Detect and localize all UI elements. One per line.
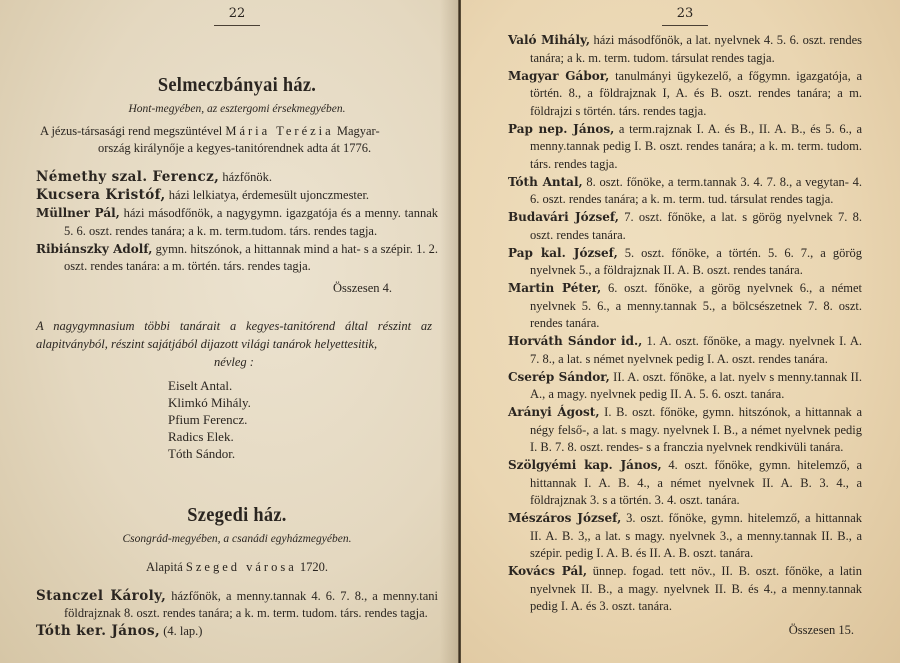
member-name: Pap nep. János,	[508, 122, 614, 136]
member-name: Arányi Ágost,	[508, 405, 600, 419]
member-entry: Müllner Pál, házi másodfőnök, a nagygymn…	[36, 205, 438, 240]
member-entry: Horváth Sándor id., 1. A. oszt. főnöke, …	[508, 333, 862, 368]
member-list-szeged: Stanczel Károly, házfőnök, a menny.tanna…	[36, 588, 438, 641]
house-subtitle-selmeczbanya: Hont-megyében, az esztergomi érsekmegyéb…	[36, 101, 438, 117]
founding-text: 1720.	[297, 560, 328, 574]
founding-text: ország királynője a kegyes-tanitórendnek…	[36, 140, 438, 157]
member-name: Való Mihály,	[508, 33, 590, 47]
member-list-selmeczbanya: Némethy szal. Ferencz, házfőnök. Kucsera…	[36, 169, 438, 276]
member-entry: Arányi Ágost, I. B. oszt. főnöke, gymn. …	[508, 404, 862, 457]
founding-text: A jézus-társasági rend megszüntével	[36, 124, 225, 138]
member-name: Némethy szal. Ferencz,	[36, 169, 219, 185]
member-name: Budavári József,	[508, 210, 619, 224]
member-name: Pap kal. József,	[508, 246, 618, 260]
member-entry: Mészáros József, 3. oszt. főnöke, gymn. …	[508, 510, 862, 563]
page-number-right: 23	[508, 0, 862, 22]
house-title-szeged: Szegedi ház.	[52, 502, 422, 528]
lay-teacher-list: Eiselt Antal. Klimkó Mihály. Pfium Feren…	[168, 377, 438, 462]
member-entry: Ribiánszky Adolf, gymn. hitszónok, a hit…	[36, 241, 438, 276]
member-name: Magyar Gábor,	[508, 69, 609, 83]
lay-teacher-name: Tóth Sándor.	[168, 445, 438, 462]
page-number-rule	[214, 25, 260, 26]
member-description: házfőnök.	[219, 170, 272, 184]
member-description: házi lelkiatya, érdemesült ujonczmester.	[166, 188, 369, 202]
member-name: Ribiánszky Adolf,	[36, 242, 152, 256]
lay-teachers-note: A nagygymnasium többi tanárait a kegyes-…	[36, 317, 438, 371]
founding-text: Magyar-	[334, 124, 380, 138]
member-entry: Cserép Sándor, II. A. oszt. főnöke, a la…	[508, 369, 862, 404]
member-name: Müllner Pál,	[36, 206, 120, 220]
founding-spaced-name: Szeged városa	[186, 560, 297, 574]
founding-text: Alapitá	[146, 560, 186, 574]
member-entry: Való Mihály, házi másodfőnök, a lat. nye…	[508, 32, 862, 67]
member-entry: Magyar Gábor, tanulmányi ügykezelő, a fő…	[508, 68, 862, 121]
member-entry: Pap kal. József, 5. oszt. főnöke, a tört…	[508, 245, 862, 280]
note-text: A nagygymnasium többi tanárait a kegyes-…	[36, 319, 432, 351]
member-name: Szölgyémi kap. János,	[508, 458, 662, 472]
member-name: Kovács Pál,	[508, 564, 587, 578]
member-entry: Kovács Pál, ünnep. fogad. tett növ., II.…	[508, 563, 862, 616]
member-name: Mészáros József,	[508, 511, 621, 525]
house-subtitle-szeged: Csongrád-megyében, a csanádi egyházmegyé…	[36, 531, 438, 547]
member-entry: Pap nep. János, a term.rajznak I. A. és …	[508, 121, 862, 174]
lay-teacher-name: Klimkó Mihály.	[168, 394, 438, 411]
book-spread: 22 Selmeczbányai ház. Hont-megyében, az …	[0, 0, 900, 663]
lay-teacher-name: Radics Elek.	[168, 428, 438, 445]
member-entry: Szölgyémi kap. János, 4. oszt. főnöke, g…	[508, 457, 862, 510]
member-description: házi másodfőnök, a nagygymn. igazgatója …	[64, 206, 438, 238]
member-entry: Budavári József, 7. oszt. főnöke, a lat.…	[508, 209, 862, 244]
member-entry: Tóth ker. János, (4. lap.)	[36, 623, 438, 641]
lay-teacher-name: Pfium Ferencz.	[168, 411, 438, 428]
member-description: (4. lap.)	[160, 624, 202, 638]
member-entry: Tóth Antal, 8. oszt. főnöke, a term.tann…	[508, 174, 862, 209]
member-name: Kucsera Kristóf,	[36, 187, 166, 203]
note-tail: névleg :	[36, 353, 432, 371]
house-founding-selmeczbanya: A jézus-társasági rend megszüntével Mári…	[36, 123, 438, 157]
member-name: Tóth ker. János,	[36, 623, 160, 639]
member-entry: Némethy szal. Ferencz, házfőnök.	[36, 169, 438, 187]
member-name: Cserép Sándor,	[508, 370, 610, 384]
member-entry: Kucsera Kristóf, házi lelkiatya, érdemes…	[36, 187, 438, 205]
member-name: Martin Péter,	[508, 281, 601, 295]
total-count-szeged: Összesen 15.	[508, 622, 862, 639]
member-list-szeged-continued: Való Mihály, házi másodfőnök, a lat. nye…	[508, 26, 862, 616]
member-name: Stanczel Károly,	[36, 588, 166, 604]
lay-teacher-name: Eiselt Antal.	[168, 377, 438, 394]
founding-spaced-name: Mária Terézia	[225, 124, 333, 138]
member-entry: Martin Péter, 6. oszt. főnöke, a görög n…	[508, 280, 862, 333]
total-count-selmeczbanya: Összesen 4.	[36, 280, 438, 297]
spine-shadow	[440, 0, 458, 663]
right-page: 23 Való Mihály, házi másodfőnök, a lat. …	[458, 0, 900, 663]
house-title-selmeczbanya: Selmeczbányai ház.	[52, 72, 422, 98]
member-entry: Stanczel Károly, házfőnök, a menny.tanna…	[36, 588, 438, 623]
page-number-left: 22	[36, 0, 438, 22]
member-name: Horváth Sándor id.,	[508, 334, 642, 348]
left-page: 22 Selmeczbányai ház. Hont-megyében, az …	[0, 0, 458, 663]
house-founding-szeged: Alapitá Szeged városa 1720.	[36, 559, 438, 576]
book-spine	[458, 0, 461, 663]
member-name: Tóth Antal,	[508, 175, 583, 189]
